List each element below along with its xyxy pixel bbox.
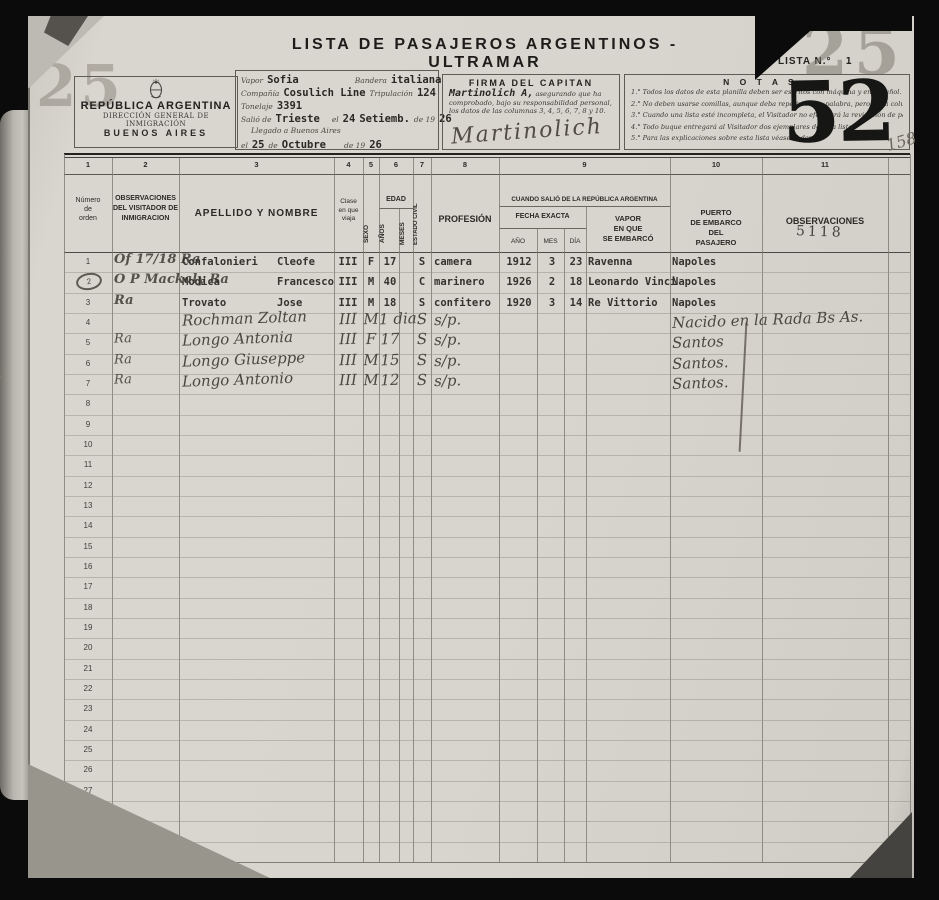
header-observaciones-visitador: OBSERVACIONES DEL VISITADOR DE INMIGRACI… <box>112 194 179 224</box>
table-row: 28 <box>64 801 910 822</box>
row-number: 3 <box>64 298 112 307</box>
cell-profesion: s/p. <box>434 349 501 369</box>
row-number: 2 <box>75 271 104 292</box>
table-row: 1Of 17/18 RaConfalonieriCleofeIIIF17Scam… <box>64 252 910 273</box>
table-row: 15 <box>64 537 910 558</box>
cell-dia: 14 <box>565 297 587 309</box>
row-number: 18 <box>64 603 112 612</box>
cell-ano: 1920 <box>501 297 537 309</box>
header-numero-orden: Número de orden <box>64 196 112 223</box>
captain-statement: Martinolich A, asegurando que ha comprob… <box>449 90 613 116</box>
table-row: 25 <box>64 740 910 761</box>
cell-apellido: Longo Giuseppe <box>182 349 279 370</box>
table-row: 22 <box>64 679 910 700</box>
row-number: 9 <box>64 420 112 429</box>
cell-mes: 2 <box>539 276 565 288</box>
cell-apellido: Confalonieri <box>182 256 278 268</box>
table-row: 16 <box>64 557 910 578</box>
row-number: 17 <box>64 582 112 591</box>
header-apellido-nombre: APELLIDO Y NOMBRE <box>179 208 334 219</box>
table-row: 12 <box>64 476 910 497</box>
cell-clase: III <box>334 276 362 288</box>
llegada-label: Llegado a Buenos Aires <box>251 126 341 135</box>
compania-label: Compañía <box>241 89 279 98</box>
header-anos: AÑOS <box>379 212 399 256</box>
cell-profesion: marinero <box>434 276 500 288</box>
org-city: BUENOS AIRES <box>75 128 237 138</box>
cell-nombre: Francesco <box>277 276 337 288</box>
c9-group-underline <box>499 206 670 207</box>
cell-profesion: s/p. <box>434 370 501 390</box>
salida-puerto: Trieste <box>276 113 320 125</box>
vapor-label: Vapor <box>241 76 263 85</box>
issuing-office-box: REPÚBLICA ARGENTINA DIRECCIÓN GENERAL DE… <box>74 76 238 148</box>
row-number: 10 <box>64 440 112 449</box>
header-cuando-salio: CUANDO SALIÓ DE LA REPÚBLICA ARGENTINA <box>499 196 670 203</box>
header-sexo: SEXO <box>363 212 379 256</box>
llegada-mes: Octubre <box>282 139 326 151</box>
row-number: 19 <box>64 623 112 632</box>
cell-anos: 17 <box>379 256 401 268</box>
cell-clase: III <box>334 370 363 389</box>
tripulacion-label: Tripulación <box>370 89 413 98</box>
row-number: 8 <box>64 399 112 408</box>
row-number: 1 <box>64 257 112 266</box>
col-number-5: 5 <box>363 160 379 169</box>
col-number-4: 4 <box>334 160 363 169</box>
cell-estado: S <box>413 297 431 309</box>
cell-profesion: confitero <box>434 297 500 309</box>
book-binding-edge <box>0 110 30 800</box>
cell-clase: III <box>334 330 363 349</box>
cell-anos: 1 dia <box>379 310 402 329</box>
cell-anos: 17 <box>379 330 402 349</box>
coat-of-arms-icon <box>75 77 237 99</box>
cell-anos: 40 <box>379 276 401 288</box>
photo-stage: 25 25 LISTA DE PASAJEROS ARGENTINOS - UL… <box>0 0 939 900</box>
header-profesion: PROFESIÓN <box>431 214 499 224</box>
salida-mes: Setiemb. <box>359 113 410 125</box>
cell-dia: 18 <box>565 276 587 288</box>
de-label: de <box>269 141 278 150</box>
row-number: 16 <box>64 562 112 571</box>
cell-apellido: Trovato <box>182 297 278 309</box>
table-row: 7RaLongo AntonioIIIM12Ss/p.Santos. <box>64 374 910 395</box>
col-number-1: 1 <box>64 160 112 169</box>
row-number: 6 <box>64 359 112 368</box>
table-row: 24 <box>64 720 910 741</box>
header-mes: MES <box>537 238 564 245</box>
cell-sexo: M <box>363 297 379 309</box>
colnum-row-rule <box>64 174 910 175</box>
cell-profesion: s/p. <box>434 329 501 349</box>
cell-anos: 18 <box>379 297 401 309</box>
row-number: 21 <box>64 664 112 673</box>
tonelaje-value: 3391 <box>277 100 302 112</box>
el-label: el <box>332 115 339 124</box>
table-row: 18 <box>64 598 910 619</box>
table-row: 9 <box>64 415 910 436</box>
row-number: 15 <box>64 542 112 551</box>
cell-apellido: Longo Antonia <box>182 329 279 350</box>
cell-profesion: camera <box>434 256 500 268</box>
registry-number-stamp: 5118 <box>796 223 844 241</box>
page-title: LISTA DE PASAJEROS ARGENTINOS - ULTRAMAR <box>240 36 730 72</box>
org-department: DIRECCIÓN GENERAL DE INMIGRACIÓN <box>75 112 237 128</box>
cell-vapor: Leonardo Vinci <box>588 276 672 288</box>
col-number-8: 8 <box>431 160 499 169</box>
cell-sexo: M <box>363 371 380 390</box>
bandera-label: Bandera <box>355 76 387 85</box>
grid-vline <box>910 154 911 862</box>
page-number-stamp: 52 <box>781 61 894 162</box>
captain-heading: FIRMA DEL CAPITAN <box>449 78 613 88</box>
table-row: 17 <box>64 577 910 598</box>
table-row: 20 <box>64 638 910 659</box>
cell-apellido: Rochman Zoltan <box>182 308 279 329</box>
table-row: 29 <box>64 821 910 842</box>
cell-vapor: Re Vittorio <box>588 297 672 309</box>
cell-estado: S <box>413 256 431 268</box>
edad-underline <box>379 208 413 209</box>
cell-ano: 1912 <box>501 256 537 268</box>
llegada-ano: 26 <box>369 139 382 151</box>
col-number-2: 2 <box>112 160 179 169</box>
header-dia: DÍA <box>564 238 586 245</box>
row-number: 7 <box>64 379 112 388</box>
table-row: 23 <box>64 699 910 720</box>
col-number-6: 6 <box>379 160 413 169</box>
row-number: 13 <box>64 501 112 510</box>
cell-nombre: Cleofe <box>277 256 337 268</box>
header-clase: Clase en que viaja <box>334 198 363 224</box>
row-number: 11 <box>64 460 112 469</box>
tripulacion-value: 124 <box>417 87 436 99</box>
ledger-page: 25 25 LISTA DE PASAJEROS ARGENTINOS - UL… <box>28 16 914 878</box>
table-row: 2O P Mackaly RaModicaFrancescoIIIM40Cmar… <box>64 272 910 293</box>
cell-dia: 23 <box>565 256 587 268</box>
cell-profesion: s/p. <box>434 309 501 329</box>
cell-mes: 3 <box>539 256 565 268</box>
row-number: 25 <box>64 745 112 754</box>
row-number: 14 <box>64 521 112 530</box>
cell-puerto: Napoles <box>672 256 902 268</box>
table-row: 21 <box>64 659 910 680</box>
col-number-3: 3 <box>179 160 334 169</box>
fecha-underline <box>499 228 586 229</box>
cell-sexo: F <box>363 256 379 268</box>
col-number-9: 9 <box>499 160 670 169</box>
cell-estado: S <box>413 330 432 349</box>
cell-vapor: Ravenna <box>588 256 672 268</box>
compania-value: Cosulich Line <box>283 87 365 99</box>
header-ano: AÑO <box>499 238 537 245</box>
cell-sexo: F <box>363 330 380 349</box>
captain-signature: Martinolich <box>450 113 611 149</box>
col-number-7: 7 <box>413 160 431 169</box>
cell-apellido: Modica <box>182 276 278 288</box>
llegada-el-label: el <box>241 141 248 150</box>
cell-estado: S <box>413 371 432 390</box>
col-number-10: 10 <box>670 160 762 169</box>
salio-label: Salió de <box>241 115 272 124</box>
cell-sexo: M <box>363 310 380 329</box>
cell-anos: 12 <box>379 371 402 390</box>
cell-sexo: M <box>363 276 379 288</box>
table-row: 26 <box>64 760 910 781</box>
table-row: 10 <box>64 435 910 456</box>
cell-anos: 15 <box>379 350 402 369</box>
de19-label: de 19 <box>414 115 435 124</box>
cell-mes: 3 <box>539 297 565 309</box>
captain-name: Martinolich A, <box>449 88 533 99</box>
ship-info-box: Vapor Sofia Bandera italiana Compañía Co… <box>235 70 439 150</box>
cell-nombre: Jose <box>277 297 337 309</box>
vapor-value: Sofia <box>267 74 299 86</box>
table-row: 14 <box>64 516 910 537</box>
cell-clase: III <box>334 256 362 268</box>
table-row: 19 <box>64 618 910 639</box>
cell-estado: S <box>413 310 432 329</box>
table-row: 27 <box>64 781 910 802</box>
llegada-de19-label: de 19 <box>344 141 365 150</box>
header-puerto-embarco: PUERTO DE EMBARCO DEL PASAJERO <box>670 208 762 248</box>
header-vapor-embarco: VAPOR EN QUE SE EMBARCÓ <box>586 214 670 244</box>
cell-estado: S <box>413 350 432 369</box>
row-number: 20 <box>64 643 112 652</box>
table-row: 8 <box>64 394 910 415</box>
table-row: 11 <box>64 455 910 476</box>
header-estado-civil: ESTADO CIVIL <box>413 196 431 252</box>
row-number: 5 <box>64 338 112 347</box>
cell-sexo: M <box>363 350 380 369</box>
cell-ano: 1926 <box>501 276 537 288</box>
salida-dia: 24 <box>343 113 356 125</box>
row-number: 4 <box>64 318 112 327</box>
col-number-11: 11 <box>762 160 888 169</box>
header-fecha-exacta: FECHA EXACTA <box>499 213 586 220</box>
row-number: 26 <box>64 765 112 774</box>
cell-estado: C <box>413 276 431 288</box>
header-edad: EDAD <box>379 196 413 203</box>
tonelaje-label: Tonelaje <box>241 102 273 111</box>
cell-clase: III <box>334 310 363 329</box>
llegada-dia: 25 <box>252 139 265 151</box>
cell-clase: III <box>334 350 363 369</box>
table-row: 13 <box>64 496 910 517</box>
cell-puerto: Napoles <box>672 276 902 288</box>
row-number: 12 <box>64 481 112 490</box>
row-number: 24 <box>64 725 112 734</box>
org-country: REPÚBLICA ARGENTINA <box>75 100 237 112</box>
row-number: 23 <box>64 704 112 713</box>
cell-clase: III <box>334 297 362 309</box>
header-meses: MESES <box>399 212 413 256</box>
bandera-value: italiana <box>391 74 442 86</box>
cell-apellido: Longo Antonio <box>182 369 279 390</box>
captain-signature-box: FIRMA DEL CAPITAN Martinolich A, asegura… <box>442 74 620 150</box>
row-number: 22 <box>64 684 112 693</box>
